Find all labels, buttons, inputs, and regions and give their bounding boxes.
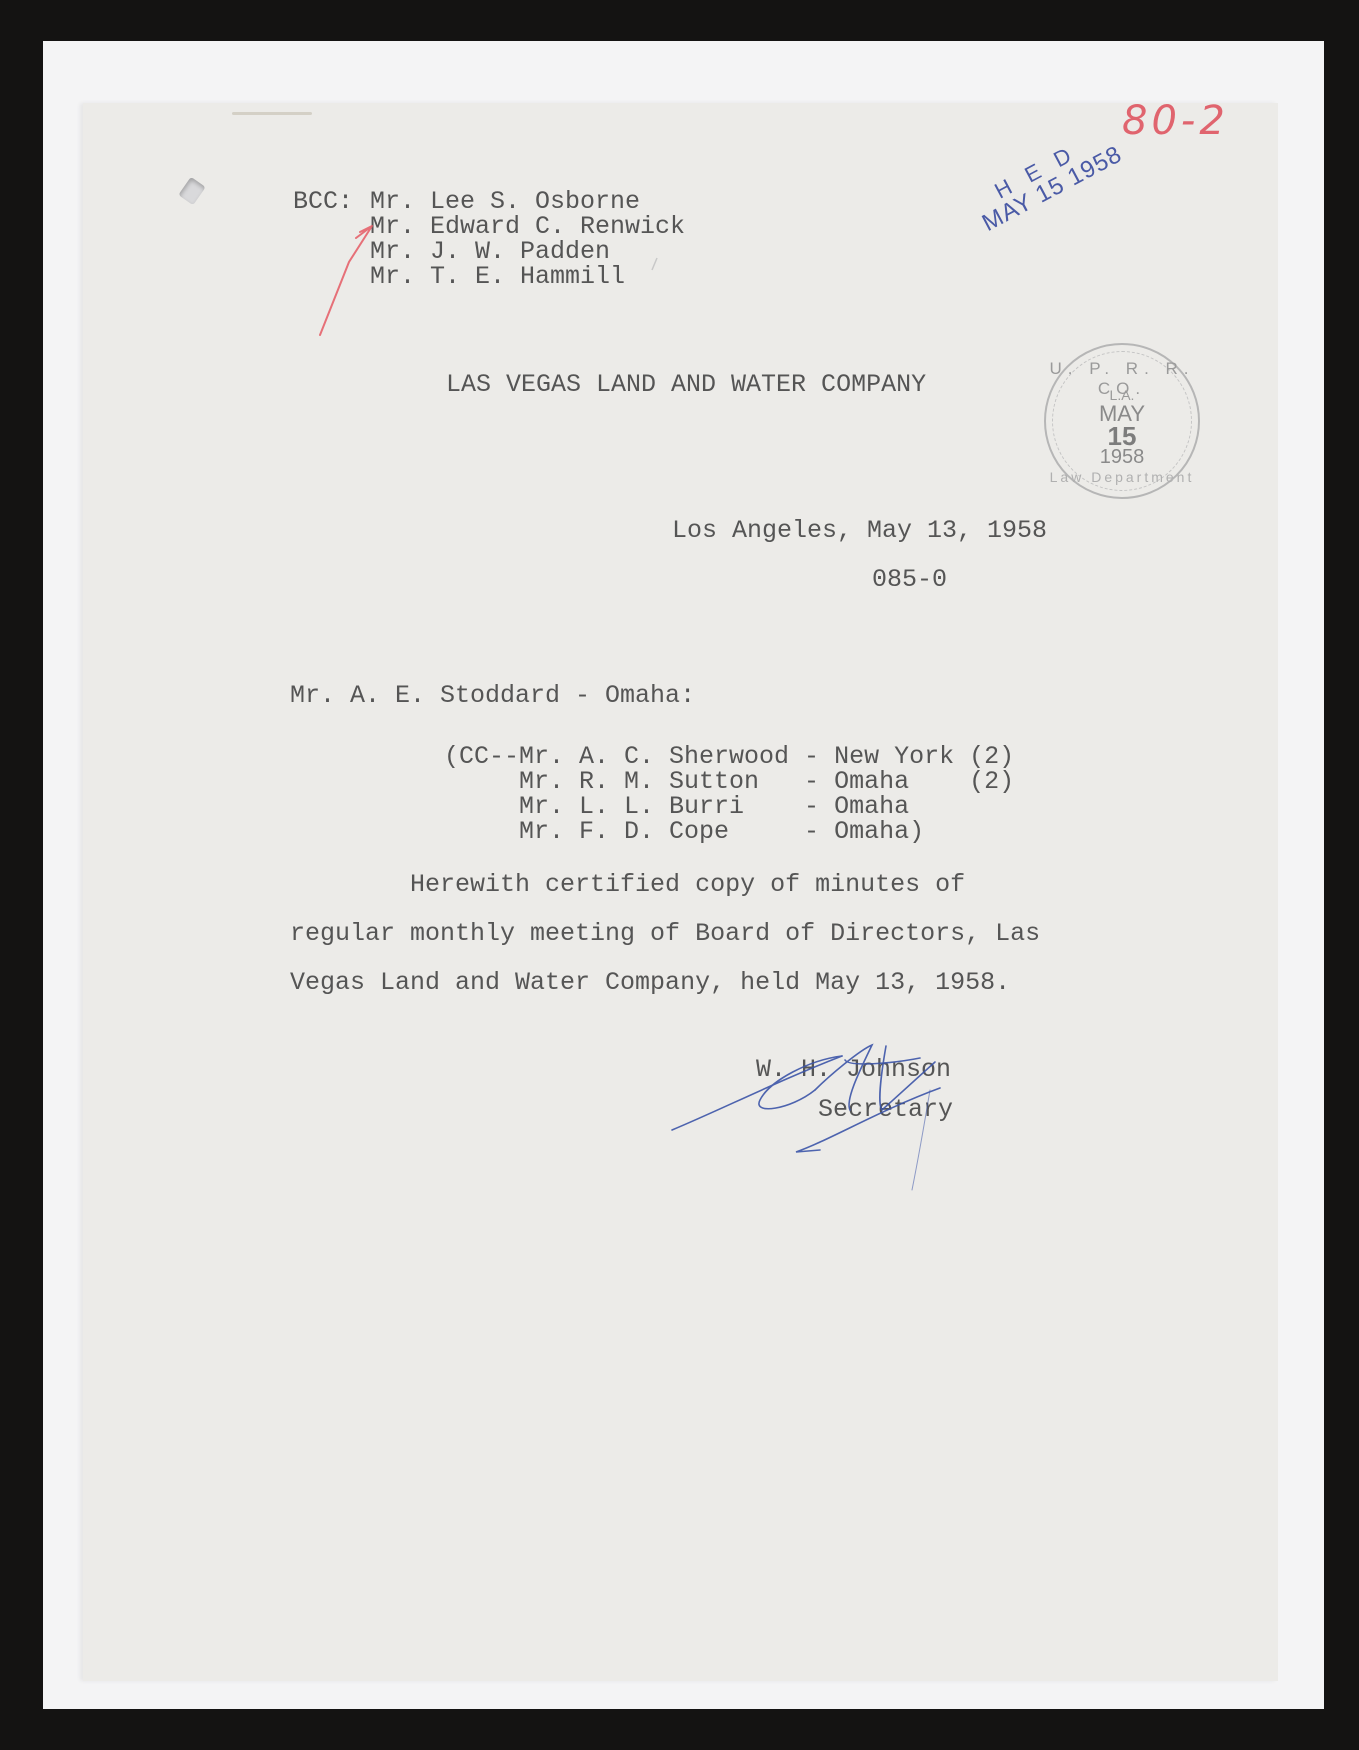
handwriting-overlay [0, 0, 1359, 1750]
handwritten-signature [672, 1045, 940, 1190]
red-pencil-mark [320, 226, 372, 335]
